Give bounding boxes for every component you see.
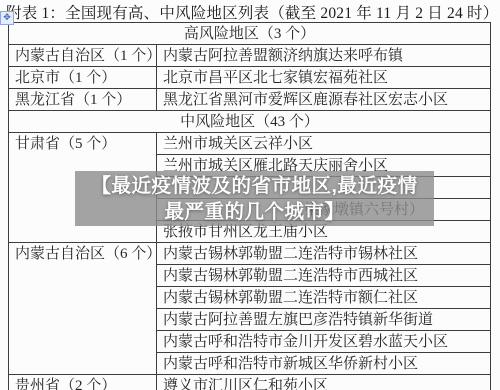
table-move-handle-icon[interactable]: ✥: [0, 11, 14, 25]
watermark-caption-line1: 【最近疫情波及的省市地区,最近疫情: [75, 173, 434, 199]
table-row: 北京市（1 个） 北京市昌平区北七家镇宏福苑社区: [9, 67, 491, 89]
area-cell: 兰州市城关区云祥小区: [157, 133, 491, 155]
watermark-caption-line2: 最严重的几个城市】: [75, 199, 434, 225]
area-cell: 内蒙古呼和浩特市金川开发区碧水蓝天小区: [157, 331, 491, 353]
province-cell: 贵州省（2 个）: [9, 375, 157, 390]
table-row: 内蒙古自治区（1 个） 内蒙古阿拉善盟额济纳旗达来呼布镇: [9, 45, 491, 67]
province-cell: 黑龙江省（1 个）: [9, 89, 157, 111]
area-cell: 内蒙古锡林郭勒盟二连浩特市西城社区: [157, 265, 491, 287]
table-row: 内蒙古自治区（6 个） 内蒙古锡林郭勒盟二连浩特市锡林社区: [9, 243, 491, 265]
area-cell: 黑龙江省黑河市爱辉区鹿源春社区宏志小区: [157, 89, 491, 111]
province-cell: 内蒙古自治区（6 个）: [9, 243, 157, 375]
table-row: 甘肃省（5 个） 兰州市城关区云祥小区: [9, 133, 491, 155]
table-row: 贵州省（2 个） 遵义市汇川区仁和苑小区: [9, 375, 491, 390]
province-cell: 北京市（1 个）: [9, 67, 157, 89]
high-risk-section-header: 高风险地区（3 个）: [9, 23, 491, 45]
area-cell: 内蒙古阿拉善盟额济纳旗达来呼布镇: [157, 45, 491, 67]
area-cell: 内蒙古阿拉善盟左旗巴彦浩特镇新华街道: [157, 309, 491, 331]
table-row: 黑龙江省（1 个） 黑龙江省黑河市爱辉区鹿源春社区宏志小区: [9, 89, 491, 111]
table-row: 中风险地区（43 个）: [9, 111, 491, 133]
area-cell: 遵义市汇川区仁和苑小区: [157, 375, 491, 390]
area-cell: 北京市昌平区北七家镇宏福苑社区: [157, 67, 491, 89]
watermark-caption-overlay: 【最近疫情波及的省市地区,最近疫情 最严重的几个城市】: [75, 171, 434, 226]
table-row: 高风险地区（3 个）: [9, 23, 491, 45]
area-cell: 内蒙古锡林郭勒盟二连浩特市锡林社区: [157, 243, 491, 265]
medium-risk-section-header: 中风险地区（43 个）: [9, 111, 491, 133]
area-cell: 内蒙古锡林郭勒盟二连浩特市额仁社区: [157, 287, 491, 309]
area-cell: 内蒙古呼和浩特市新城区华侨新村小区: [157, 353, 491, 375]
province-cell: 内蒙古自治区（1 个）: [9, 45, 157, 67]
page-title: 附表 1：全国现有高、中风险地区列表（截至 2021 年 11 月 2 日 24…: [6, 1, 500, 23]
